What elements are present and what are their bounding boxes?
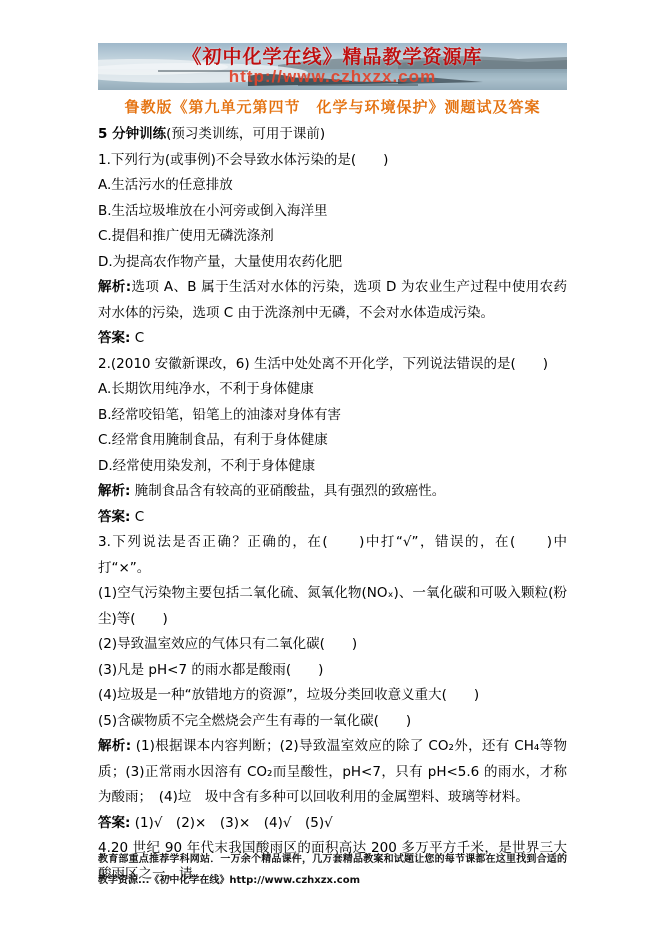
paragraph-bold-prefix: 解析: bbox=[98, 279, 131, 295]
paragraph: B.经常咬铅笔，铅笔上的油漆对身体有害 bbox=[98, 403, 567, 429]
paragraph-bold-prefix: 5 分钟训练 bbox=[98, 126, 166, 142]
paragraph-text: A.长期饮用纯净水，不利于身体健康 bbox=[98, 381, 314, 397]
paragraph-bold-prefix: 答案: bbox=[98, 509, 130, 525]
paragraph-text: 2.(2010 安徽新课改，6) 生活中处处离不开化学，下列说法错误的是( ) bbox=[98, 356, 548, 372]
paragraph-text: (1)√ (2)× (3)× (4)√ (5)√ bbox=[130, 815, 332, 831]
paragraph-text: 腌制食品含有较高的亚硝酸盐，具有强烈的致癌性。 bbox=[130, 483, 445, 499]
paragraph-text: 选项 A、B 属于生活对水体的污染，选项 D 为农业生产过程中使用农药对水体的污… bbox=[98, 279, 567, 321]
paragraph-text: A.生活污水的任意排放 bbox=[98, 177, 233, 193]
paragraph-text: (1)根据课本内容判断；(2)导致温室效应的除了 CO₂外，还有 CH₄等物质；… bbox=[98, 738, 567, 805]
banner-site-url: http://www.czhxzx.com bbox=[98, 67, 567, 87]
paragraph-text: (预习类训练，可用于课前) bbox=[166, 126, 325, 142]
paragraph: D.为提高农作物产量，大量使用农药化肥 bbox=[98, 250, 567, 276]
paragraph-bold-prefix: 解析: bbox=[98, 738, 131, 754]
page-title: 鲁教版《第九单元第四节 化学与环境保护》测题试及答案 bbox=[98, 95, 567, 119]
paragraph-text: D.经常使用染发剂，不利于身体健康 bbox=[98, 458, 315, 474]
paragraph-bold-prefix: 答案: bbox=[98, 815, 130, 831]
paragraph: 解析:选项 A、B 属于生活对水体的污染，选项 D 为农业生产过程中使用农药对水… bbox=[98, 275, 567, 326]
paragraph-text: B.经常咬铅笔，铅笔上的油漆对身体有害 bbox=[98, 407, 341, 423]
paragraph: (3)凡是 pH<7 的雨水都是酸雨( ) bbox=[98, 658, 567, 684]
paragraph: (4)垃圾是一种“放错地方的资源”，垃圾分类回收意义重大( ) bbox=[98, 683, 567, 709]
paragraph: 答案: C bbox=[98, 326, 567, 352]
paragraph-text: 3.下列说法是否正确？正确的，在( )中打“√”，错误的，在( )中打“×”。 bbox=[98, 534, 567, 576]
paragraph-text: (1)空气污染物主要包括二氧化硫、氮氧化物(NOₓ)、一氧化碳和可吸入颗粒(粉尘… bbox=[98, 585, 567, 627]
paragraph: B.生活垃圾堆放在小河旁或倒入海洋里 bbox=[98, 199, 567, 225]
document-page: 《初中化学在线》精品教学资源库 http://www.czhxzx.com 鲁教… bbox=[0, 0, 661, 935]
paragraph: A.长期饮用纯净水，不利于身体健康 bbox=[98, 377, 567, 403]
paragraph: (1)空气污染物主要包括二氧化硫、氮氧化物(NOₓ)、一氧化碳和可吸入颗粒(粉尘… bbox=[98, 581, 567, 632]
paragraph: 解析: 腌制食品含有较高的亚硝酸盐，具有强烈的致癌性。 bbox=[98, 479, 567, 505]
banner-site-title: 《初中化学在线》精品教学资源库 bbox=[98, 46, 567, 68]
paragraph-text: (3)凡是 pH<7 的雨水都是酸雨( ) bbox=[98, 662, 323, 678]
paragraph-bold-prefix: 解析: bbox=[98, 483, 130, 499]
document-body: 5 分钟训练(预习类训练，可用于课前)1.下列行为(或事例)不会导致水体污染的是… bbox=[98, 122, 567, 887]
paragraph-text: C.提倡和推广使用无磷洗涤剂 bbox=[98, 228, 274, 244]
paragraph: D.经常使用染发剂，不利于身体健康 bbox=[98, 454, 567, 480]
paragraph-text: (4)垃圾是一种“放错地方的资源”，垃圾分类回收意义重大( ) bbox=[98, 687, 479, 703]
paragraph: (5)含碳物质不完全燃烧会产生有毒的一氧化碳( ) bbox=[98, 709, 567, 735]
paragraph: 答案: C bbox=[98, 505, 567, 531]
paragraph: 解析: (1)根据课本内容判断；(2)导致温室效应的除了 CO₂外，还有 CH₄… bbox=[98, 734, 567, 811]
paragraph-text: D.为提高农作物产量，大量使用农药化肥 bbox=[98, 254, 342, 270]
paragraph-text: C bbox=[130, 509, 144, 525]
paragraph-text: C bbox=[130, 330, 144, 346]
paragraph: A.生活污水的任意排放 bbox=[98, 173, 567, 199]
paragraph: 1.下列行为(或事例)不会导致水体污染的是( ) bbox=[98, 148, 567, 174]
paragraph: 5 分钟训练(预习类训练，可用于课前) bbox=[98, 122, 567, 148]
paragraph-text: (2)导致温室效应的气体只有二氧化碳( ) bbox=[98, 636, 357, 652]
site-banner: 《初中化学在线》精品教学资源库 http://www.czhxzx.com bbox=[98, 43, 567, 90]
paragraph-text: (5)含碳物质不完全燃烧会产生有毒的一氧化碳( ) bbox=[98, 713, 411, 729]
paragraph: 3.下列说法是否正确？正确的，在( )中打“√”，错误的，在( )中打“×”。 bbox=[98, 530, 567, 581]
paragraph-bold-prefix: 答案: bbox=[98, 330, 130, 346]
paragraph: C.提倡和推广使用无磷洗涤剂 bbox=[98, 224, 567, 250]
paragraph: C.经常食用腌制食品，有利于身体健康 bbox=[98, 428, 567, 454]
paragraph: (2)导致温室效应的气体只有二氧化碳( ) bbox=[98, 632, 567, 658]
paragraph: 答案: (1)√ (2)× (3)× (4)√ (5)√ bbox=[98, 811, 567, 837]
paragraph-text: C.经常食用腌制食品，有利于身体健康 bbox=[98, 432, 328, 448]
paragraph: 2.(2010 安徽新课改，6) 生活中处处离不开化学，下列说法错误的是( ) bbox=[98, 352, 567, 378]
footer-note: 教育部重点推荐学科网站．一万余个精品课件，几万套精品教案和试题让您的每节课都在这… bbox=[98, 849, 567, 891]
paragraph-text: 1.下列行为(或事例)不会导致水体污染的是( ) bbox=[98, 152, 388, 168]
paragraph-text: B.生活垃圾堆放在小河旁或倒入海洋里 bbox=[98, 203, 328, 219]
